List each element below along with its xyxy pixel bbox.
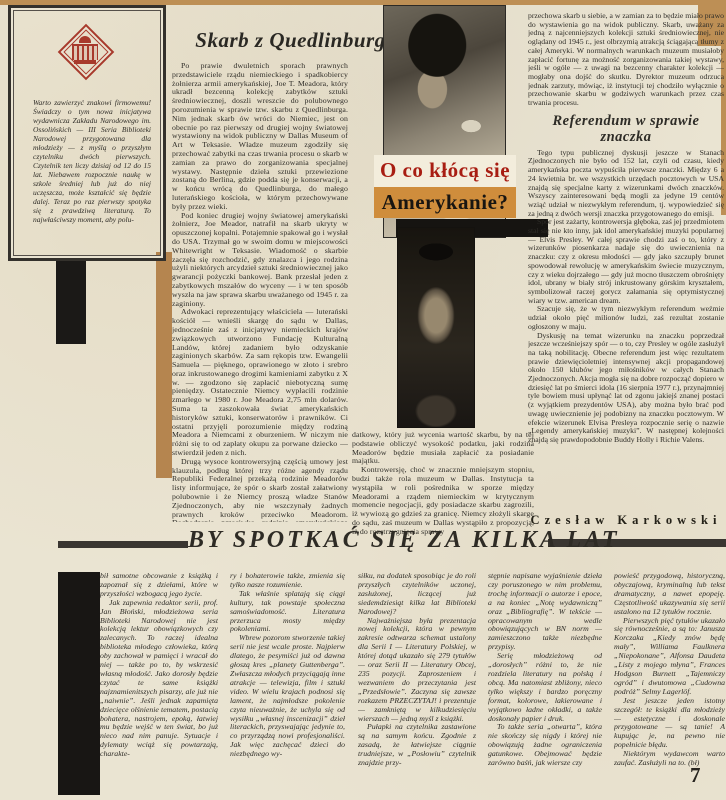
paragraph: Adwokaci reprezentujący właściciela — lu…: [172, 308, 348, 458]
paragraph: Pod koniec drugiej wojny światowej amery…: [172, 212, 348, 309]
series-column-4: stępnie napisane wyjaśnienie dzieła czy …: [488, 572, 602, 795]
article-treasure-column: Po prawie dwuletnich sporach prawnych pr…: [172, 62, 348, 522]
article-treasure-title: Skarb z Quedlinburga: [178, 28, 414, 53]
page-edge-left-strip: [156, 252, 172, 478]
paragraph: Najważniejsza była prezentacja nowej kol…: [358, 617, 476, 724]
left-black-bar: [56, 260, 86, 344]
ossolineum-ornament-icon: [57, 20, 113, 82]
paragraph: Serię młodzieżową od „dorosłych” różni t…: [488, 652, 602, 723]
paragraph: Szacuje się, że w tym niezwykłym referen…: [528, 305, 724, 331]
headline-rule-left: [58, 541, 188, 548]
paragraph: Jest jeszcze jeden istotny szczegół: te …: [614, 697, 725, 750]
author-byline: Czesław Karkowski: [528, 513, 724, 528]
sidebar-note-box: Warto zawierzyć znakowi firmowemu! Świad…: [8, 5, 166, 261]
paragraph: To także seria „otwarta”, która nie skoń…: [488, 723, 602, 768]
feature-title-line1: O co kłócą się: [374, 155, 516, 187]
paragraph: Wbrew pozorom stworzenie takiej serii ni…: [230, 634, 345, 759]
paragraph: Niektórym wydawcom warto zaufać. Zasłuży…: [614, 750, 725, 768]
paragraph: Dyskusję na temat wizerunku na znaczku p…: [528, 332, 724, 445]
series-column-5: powieść przygodową, historyczną, obyczaj…: [614, 572, 725, 795]
paragraph: Pierwszych pięć tytułów ukazało się równ…: [614, 617, 725, 697]
paragraph: ry i bohaterowie także, zmienia się tylk…: [230, 572, 345, 590]
paragraph: powieść przygodową, historyczną, obyczaj…: [614, 572, 725, 617]
article-series-headline: BY SPOTKAĆ SIĘ ZA KILKA LAT: [188, 527, 550, 554]
bottom-left-black-bar: [58, 572, 100, 795]
series-column-1: bił samotne obcowanie z książką i zapozn…: [100, 572, 218, 795]
article-stamp-column: przechowa skarb u siebie, a w zamian za …: [528, 12, 724, 514]
paragraph: datkowy, który już wycenia wartość skarb…: [352, 431, 534, 466]
paragraph: Pułapki na czytelnika zastawione są na s…: [358, 723, 476, 768]
series-column-2: ry i bohaterowie także, zmienia się tylk…: [230, 572, 345, 795]
article-stamp-heading: Referendum w sprawie znaczka: [528, 113, 724, 145]
series-column-3: siłku, na dodatek sposobiąc je do roli p…: [358, 572, 476, 795]
sidebar-note-text: Warto zawierzyć znakowi firmowemu! Świad…: [33, 98, 151, 252]
paragraph: Jak zapewnia redaktor serii, prof. Jan B…: [100, 599, 218, 759]
paragraph: Kontrowersję, choć w znacznie mniejszym …: [352, 466, 534, 536]
feature-title-line2: Amerykanie?: [374, 187, 516, 218]
paragraph: stępnie napisane wyjaśnienie dzieła czy …: [488, 572, 602, 652]
paragraph: Tego typu publicznej dyskusji jeszcze w …: [528, 149, 724, 219]
paragraph: przechowa skarb u siebie, a w zamian za …: [528, 12, 724, 108]
paragraph: Tak właśnie splatają się ciągi kultury, …: [230, 590, 345, 635]
paragraph: Drugą wysoce kontrowersyjną częścią umow…: [172, 458, 348, 522]
paragraph: Po prawie dwuletnich sporach prawnych pr…: [172, 62, 348, 212]
paragraph: bił samotne obcowanie z książką i zapozn…: [100, 572, 218, 599]
paragraph: siłku, na dodatek sposobiąc je do roli p…: [358, 572, 476, 617]
page-number: 7: [690, 763, 701, 788]
paragraph: Spór jest zażarty, kontrowersja głęboka,…: [528, 218, 724, 305]
older-elvis-photo: [397, 227, 475, 428]
magazine-page-scan: Warto zawierzyć znakowi firmowemu! Świad…: [0, 0, 726, 800]
